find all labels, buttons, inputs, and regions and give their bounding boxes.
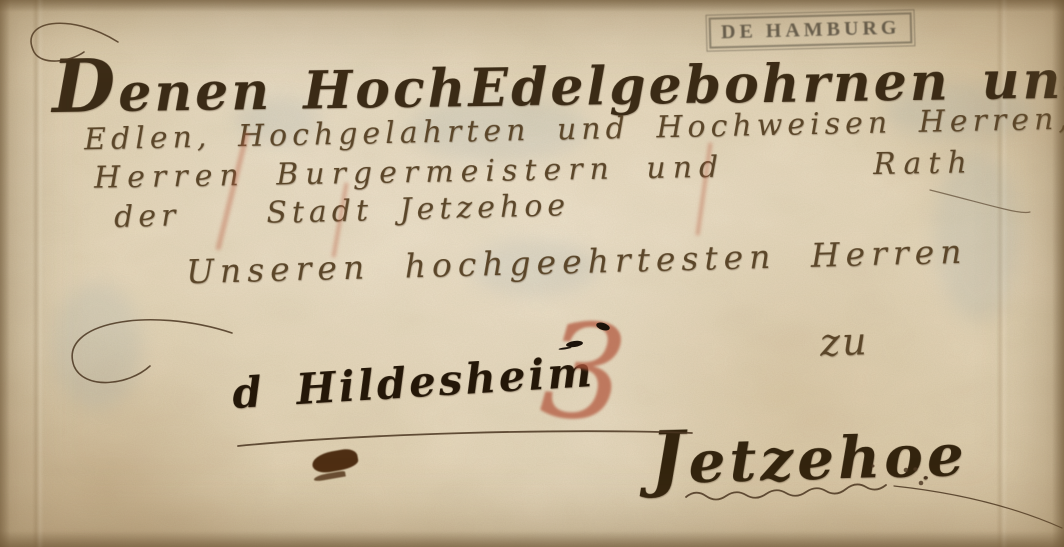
address-line-4-lead: der	[114, 198, 181, 235]
ink-showthrough	[52, 282, 142, 410]
salutation-flourish	[72, 320, 232, 383]
ink-blot	[311, 447, 360, 475]
paper-edge-left	[0, 0, 10, 547]
fold-crease	[32, 0, 44, 547]
paper-edge-bottom	[0, 531, 1064, 547]
postal-rate-mark: 3	[535, 293, 632, 454]
address-line-4-rest: Stadt Jetzehoe	[266, 188, 571, 231]
rath-loop-tail	[930, 190, 1030, 213]
letter-cover-scan: DE HAMBURG Denen HochEdelgebohrnen und H…	[0, 0, 1064, 547]
forwarding-underline	[238, 431, 692, 446]
address-line-3-main: Herren Burgermeistern und	[94, 150, 726, 196]
address-line-3-tail: Rath	[873, 145, 974, 182]
preposition-zu: zu	[819, 319, 869, 365]
salutation-line: Unseren hochgeehrtesten Herren	[186, 232, 968, 291]
